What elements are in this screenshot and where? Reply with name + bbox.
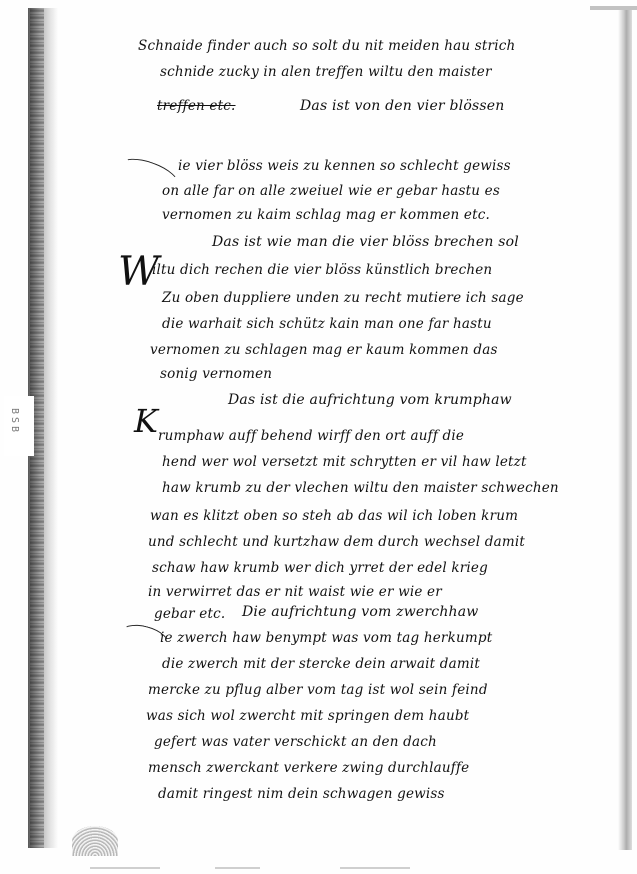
library-stamp: BSB <box>9 408 20 435</box>
page-top-edge <box>590 6 637 10</box>
section-heading: Das ist die aufrichtung vom krumphaw <box>228 392 512 408</box>
section-heading: Das ist von den vier blössen <box>300 98 504 114</box>
text-line: gefert was vater verschickt an den dach <box>154 734 437 750</box>
section-heading: Die aufrichtung vom zwerchhaw <box>242 604 479 620</box>
text-line: on alle far on alle zweiuel wie er gebar… <box>162 183 500 199</box>
text-line: schnide zucky in alen treffen wiltu den … <box>160 64 492 80</box>
text-line: und schlecht und kurtzhaw dem durch wech… <box>148 534 525 550</box>
text-line: sonig vernomen <box>160 366 272 382</box>
text-line: rumphaw auff behend wirff den ort auff d… <box>158 428 464 444</box>
text-line: haw krumb zu der vlechen wiltu den maist… <box>162 480 559 496</box>
text-line: schaw haw krumb wer dich yrret der edel … <box>152 560 488 576</box>
text-line: ie zwerch haw benympt was vom tag herkum… <box>160 630 492 646</box>
text-line: wan es klitzt oben so steh ab das wil ic… <box>150 508 518 524</box>
text-line: ie vier blöss weis zu kennen so schlecht… <box>178 158 511 174</box>
text-line: iltu dich rechen die vier blöss künstlic… <box>152 262 492 278</box>
text-line: mercke zu pflug alber vom tag ist wol se… <box>148 682 488 698</box>
text-line: damit ringest nim dein schwagen gewiss <box>158 786 445 802</box>
text-line: mensch zwerckant verkere zwing durchlauf… <box>148 760 469 776</box>
text-line: die warhait sich schütz kain man one far… <box>162 316 492 332</box>
decorated-initial: K <box>134 405 158 437</box>
text-line: treffen etc. <box>157 98 236 114</box>
text-line: was sich wol zwercht mit springen dem ha… <box>146 708 469 724</box>
text-line: Schnaide finder auch so solt du nit meid… <box>138 38 515 54</box>
text-line: vernomen zu kaim schlag mag er kommen et… <box>162 207 490 223</box>
page-right-edge <box>618 10 632 850</box>
text-line: gebar etc. <box>154 606 225 622</box>
bottom-edge-mark <box>90 867 160 869</box>
bottom-edge-mark <box>215 867 260 869</box>
text-line: die zwerch mit der stercke dein arwait d… <box>162 656 480 672</box>
text-line: in verwirret das er nit waist wie er wie… <box>148 584 442 600</box>
text-line: vernomen zu schlagen mag er kaum kommen … <box>150 342 498 358</box>
manuscript-page: BSB Schnaide finder auch so solt du nit … <box>0 0 637 874</box>
fingerprint-smudge <box>72 826 118 856</box>
text-line: Zu oben duppliere unden zu recht mutiere… <box>162 290 524 306</box>
section-heading: Das ist wie man die vier blöss brechen s… <box>212 234 519 250</box>
text-line: hend wer wol versetzt mit schrytten er v… <box>162 454 527 470</box>
bottom-edge-mark <box>340 867 410 869</box>
